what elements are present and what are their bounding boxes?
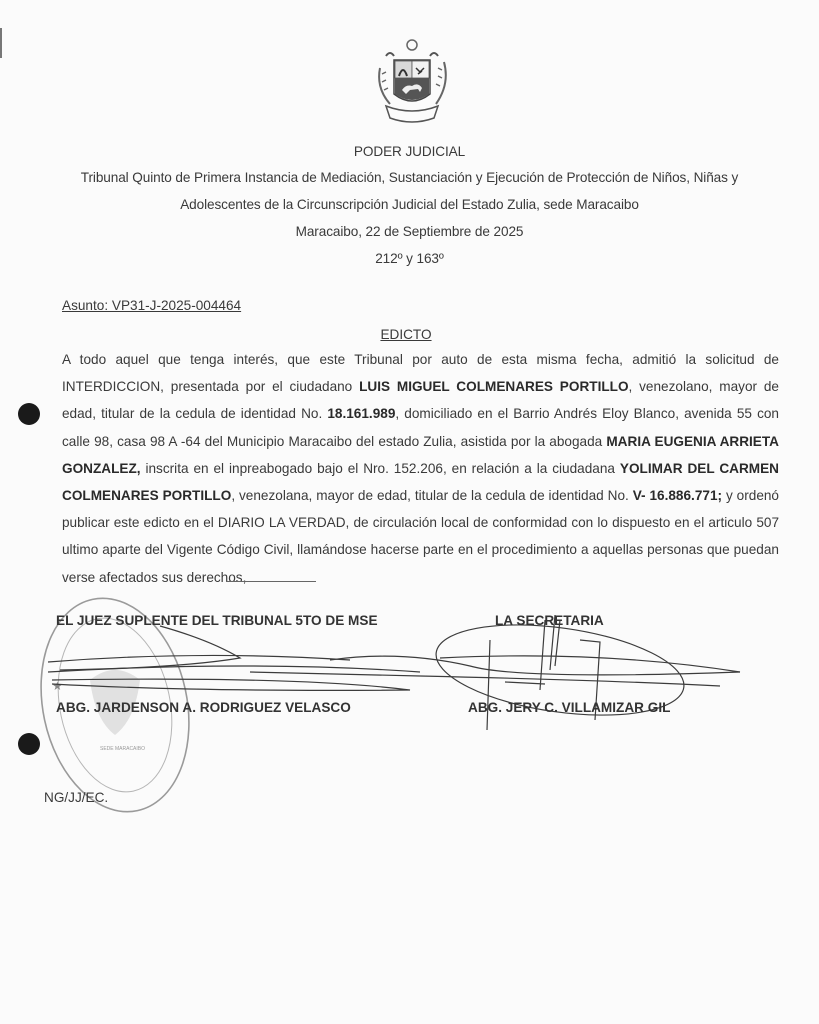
coat-of-arms-icon [372,38,452,124]
edict-body: A todo aquel que tenga interés, que este… [62,346,779,591]
place-date: Maracaibo, 22 de Septiembre de 2025 [0,224,819,239]
court-name-line2: Adolescentes de la Circunscripción Judic… [0,197,819,212]
svg-text:★: ★ [52,679,63,693]
judge-title: EL JUEZ SUPLENTE DEL TRIBUNAL 5TO DE MSE [56,613,378,628]
judge-name: ABG. JARDENSON A. RODRIGUEZ VELASCO [56,700,351,715]
signature-rule [226,580,316,582]
secretary-name: ABG. JERY C. VILLAMIZAR GIL [468,700,670,715]
applicant-name: LUIS MIGUEL COLMENARES PORTILLO [359,379,628,394]
applicant-id: 18.161.989 [327,406,395,421]
independence-years: 212º y 163º [0,251,819,266]
body-text-4: inscrita en el inpreabogado bajo el Nro.… [141,461,620,476]
institution-heading: PODER JUDICIAL [0,144,819,159]
case-number: Asunto: VP31-J-2025-004464 [62,298,241,313]
secretary-title: LA SECRETARIA [495,613,604,628]
typist-initials: NG/JJ/EC. [44,790,108,805]
punch-hole-top [18,403,40,425]
body-text-5: , venezolana, mayor de edad, titular de … [231,488,632,503]
document-title: EDICTO [0,327,812,342]
subject-id: V- 16.886.771; [633,488,722,503]
scan-edge-mark [0,28,2,58]
court-name-line1: Tribunal Quinto de Primera Instancia de … [0,170,819,185]
svg-text:SEDE MARACAIBO: SEDE MARACAIBO [100,746,145,752]
